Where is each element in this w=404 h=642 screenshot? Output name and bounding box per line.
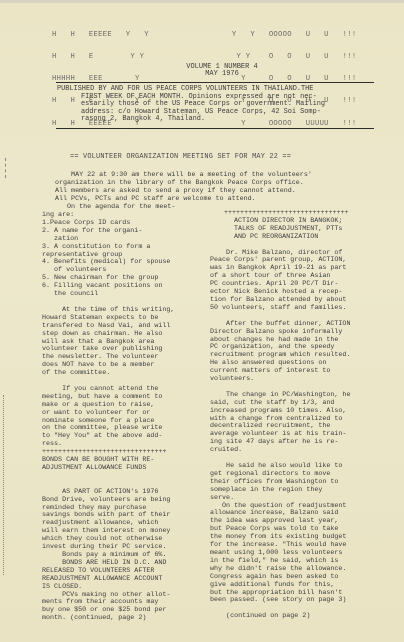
margin-mark (5, 158, 7, 178)
masthead-statement: PUBLISHED BY AND FOR US PEACE CORPS VOLU… (57, 86, 377, 124)
banner-row: H H EEEEE Y Y Y Y OOOOO U U !!! (52, 32, 356, 39)
action-headline: AND PC REORGANIZATION (210, 234, 350, 242)
window-top-edge (0, 0, 404, 3)
text-line: volunteers. (210, 376, 350, 384)
bonds-headline: ADJUSTMENT ALLOWANCE FUNDS (42, 465, 174, 473)
text-line: been passed. (see story on page 3) (210, 597, 350, 605)
text-line: cruited. (210, 447, 350, 455)
left-column: ing are:1.Peace Corps ID cards2. A name … (42, 212, 174, 623)
masthead-bottom-rule (56, 128, 374, 129)
margin-mark (3, 395, 5, 575)
masthead-top-rule (56, 82, 374, 83)
masthead-line: rasong 2, Bangkok 4, Thailand. (57, 116, 377, 124)
text-line: of the committee. (42, 370, 174, 378)
headline-meeting: == VOLUNTEER ORGANIZATION MEETING SET FO… (70, 153, 291, 161)
issue-date: MAY 1976 (20, 70, 404, 78)
right-column: +++++++++++++++++++++++++++++++ACTION DI… (210, 210, 350, 621)
text-line: month. (continued, page 2) (42, 615, 174, 623)
newsletter-page: H H EEEEE Y Y Y Y OOOOO U U !!! H H E Y … (0, 0, 404, 642)
text-line: 50 volunteers, staff and families. (210, 305, 350, 313)
agenda-item: the council (42, 291, 174, 299)
banner-row: H H E Y Y Y Y O O U U !!! (52, 54, 356, 61)
meeting-intro: MAY 22 at 9:30 am there will be a meetin… (55, 172, 312, 212)
continued-note: (continued on page 2) (210, 613, 350, 621)
